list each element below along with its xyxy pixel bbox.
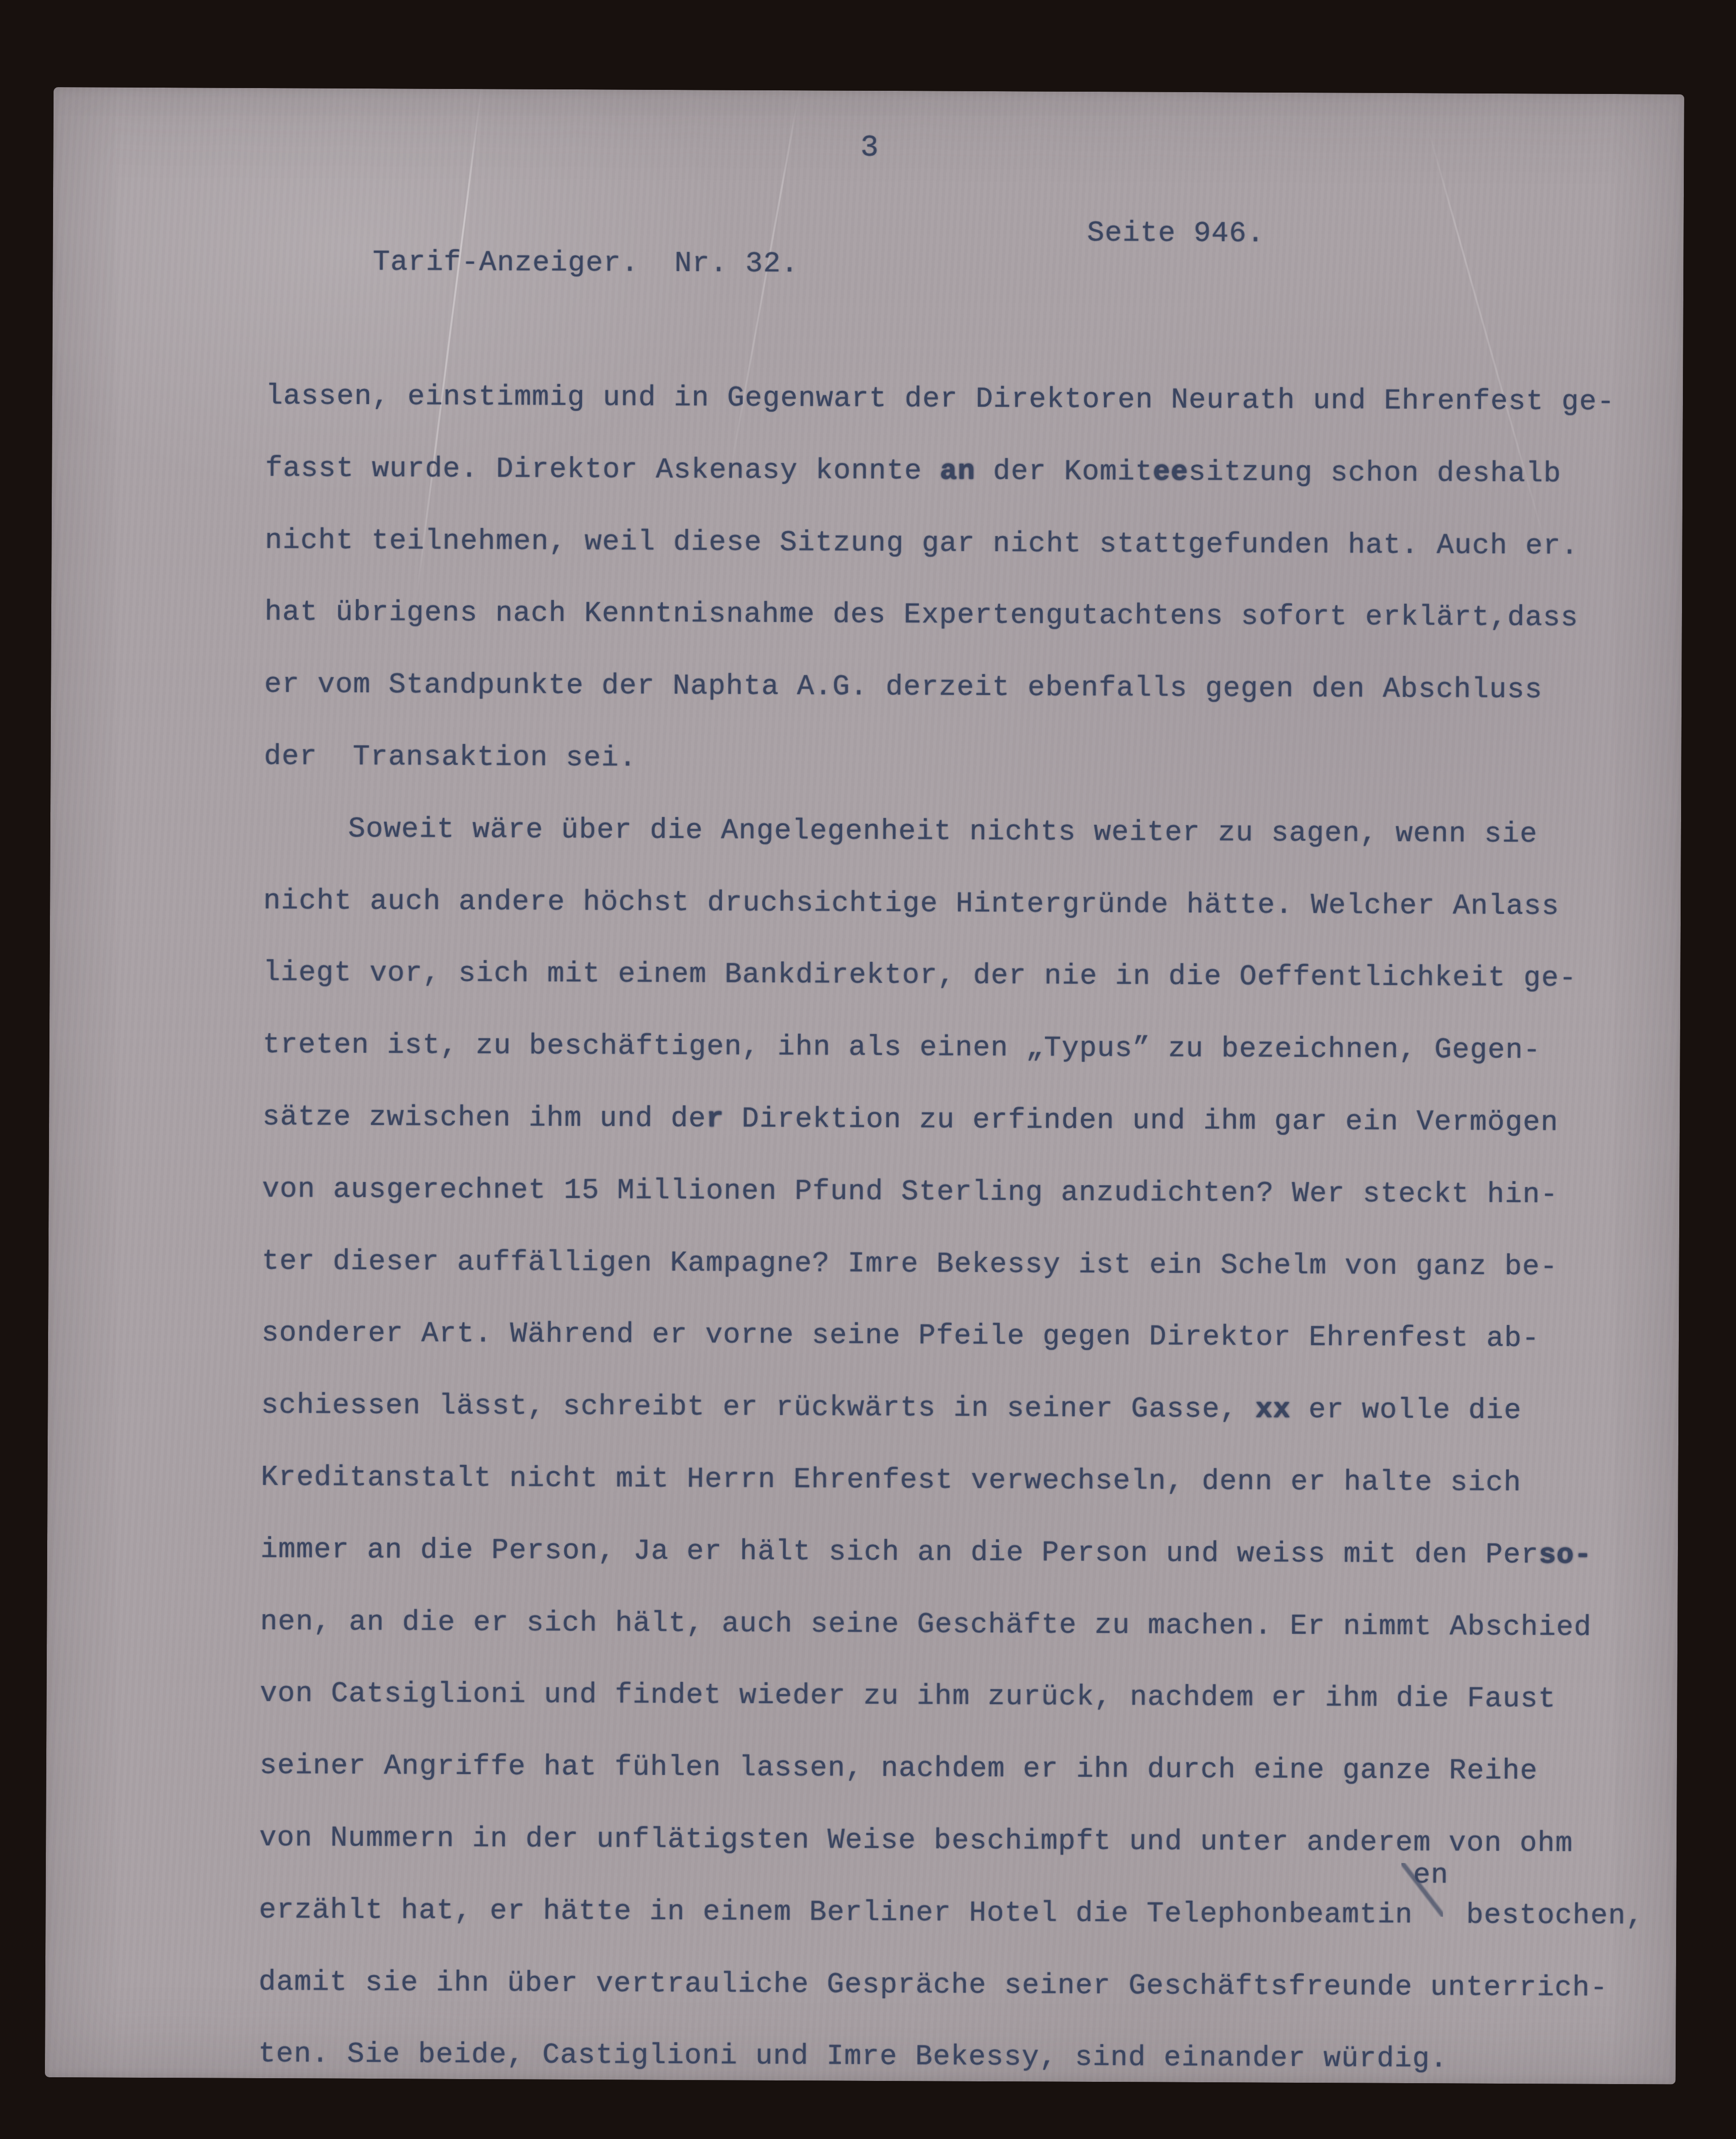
header-journal-issue: Tarif-Anzeiger. Nr. 32.	[373, 246, 799, 280]
text-line: immer an die Person, Ja er hält sich an …	[261, 1514, 1673, 1592]
text-line: nicht auch andere höchst druchsichtige H…	[263, 865, 1676, 943]
text-segment: hat übrigens nach Kenntnisnahme des Expe…	[265, 596, 1578, 634]
text-line: Soweit wäre über die Angelegenheit nicht…	[264, 793, 1676, 871]
text-line: treten ist, zu beschäftigen, ihn als ein…	[262, 1009, 1675, 1087]
text-line: von ausgerechnet 15 Millionen Pfund Ster…	[262, 1153, 1674, 1232]
scan-background: 3 Tarif-Anzeiger. Nr. 32. Seite 946. las…	[0, 0, 1736, 2139]
text-segment: sitzung schon deshalb	[1189, 456, 1562, 490]
text-line: von Catsiglioni und findet wieder zu ihm…	[260, 1658, 1672, 1736]
text-segment: Direktion zu erfinden und ihm gar ein Ve…	[724, 1103, 1558, 1138]
text-line: der Transaktion sei.	[264, 721, 1676, 799]
text-line: seiner Angriffe hat fühlen lassen, nachd…	[260, 1730, 1672, 1808]
text-segment: immer an die Person, Ja er hält sich an …	[261, 1533, 1539, 1571]
text-line: fasst wurde. Direktor Askenasy konnte an…	[265, 433, 1677, 511]
text-line: lassen, einstimmig und in Gegenwart der …	[266, 360, 1678, 439]
text-segment: der Komit	[975, 455, 1153, 488]
overstruck-text: xx	[1255, 1394, 1291, 1426]
text-segment: nicht auch andere höchst druchsichtige H…	[263, 885, 1559, 922]
text-segment: von Catsiglioni und findet wieder zu ihm…	[260, 1677, 1556, 1715]
text-segment: er vom Standpunkte der Naphta A.G. derze…	[264, 668, 1543, 706]
text-segment: schiessen lässt, schreibt er rückwärts i…	[261, 1389, 1255, 1426]
text-segment: nen, an die er sich hält, auch seine Ges…	[260, 1606, 1592, 1644]
text-line: erzählt hat, er hätte in einem Berliner …	[259, 1874, 1671, 1952]
text-line: er vom Standpunkte der Naphta A.G. derze…	[264, 649, 1677, 727]
typed-correction: en	[1413, 1839, 1449, 1912]
text-line: liegt vor, sich mit einem Bankdirektor, …	[263, 937, 1675, 1015]
journal-header: Tarif-Anzeiger. Nr. 32. Seite 946.	[266, 213, 1647, 260]
text-segment: Soweit wäre über die Angelegenheit nicht…	[348, 813, 1538, 850]
text-line: nen, an die er sich hält, auch seine Ges…	[260, 1586, 1672, 1664]
text-line: damit sie ihn über vertrauliche Gespräch…	[258, 1947, 1671, 2025]
text-segment: liegt vor, sich mit einem Bankdirektor, …	[263, 956, 1577, 995]
page-number: 3	[860, 131, 879, 165]
text-segment: lassen, einstimmig und in Gegenwart der …	[266, 380, 1615, 418]
text-segment: erzählt hat, er hätte in einem Berliner …	[259, 1894, 1413, 1931]
text-line: von Nummern in der unflätigsten Weise be…	[259, 1802, 1672, 1880]
text-segment: er wolle die	[1291, 1394, 1522, 1427]
text-segment: Kreditanstalt nicht mit Herrn Ehrenfest …	[261, 1461, 1521, 1499]
text-segment: treten ist, zu beschäftigen, ihn als ein…	[263, 1029, 1541, 1066]
text-segment: sonderer Art. Während er vorne seine Pfe…	[261, 1317, 1540, 1355]
text-segment: der Transaktion sei.	[264, 740, 637, 774]
text-segment: damit sie ihn über vertrauliche Gespräch…	[259, 1966, 1608, 2004]
text-segment: nicht teilnehmen, weil diese Sitzung gar…	[265, 524, 1578, 562]
text-line: schiessen lässt, schreibt er rückwärts i…	[261, 1370, 1673, 1448]
text-segment: ter dieser auffälligen Kampagne? Imre Be…	[262, 1245, 1558, 1283]
text-segment: ten. Sie beide, Castiglioni und Imre Bek…	[258, 2038, 1448, 2075]
text-line: hat übrigens nach Kenntnisnahme des Expe…	[265, 577, 1677, 655]
text-line: ter dieser auffälligen Kampagne? Imre Be…	[261, 1226, 1674, 1304]
overstruck-text: ee	[1153, 456, 1189, 488]
body-text: lassen, einstimmig und in Gegenwart der …	[258, 360, 1678, 2097]
overstruck-text: so-	[1539, 1539, 1592, 1572]
text-line: nicht teilnehmen, weil diese Sitzung gar…	[265, 505, 1677, 583]
overstruck-text: r	[706, 1103, 724, 1135]
text-segment: von ausgerechnet 15 Millionen Pfund Ster…	[262, 1173, 1558, 1211]
text-segment: seiner Angriffe hat fühlen lassen, nachd…	[260, 1750, 1538, 1787]
text-segment: bestochen,	[1448, 1899, 1643, 1932]
header-page-ref: Seite 946.	[1087, 217, 1264, 250]
overstruck-text: an	[940, 455, 976, 487]
text-line: sätze zwischen ihm und der Direktion zu …	[262, 1081, 1675, 1159]
document-page: 3 Tarif-Anzeiger. Nr. 32. Seite 946. las…	[45, 87, 1684, 2085]
text-line: Kreditanstalt nicht mit Herrn Ehrenfest …	[261, 1442, 1673, 1520]
text-segment: fasst wurde. Direktor Askenasy konnte	[265, 452, 940, 487]
text-line: ten. Sie beide, Castiglioni und Imre Bek…	[258, 2018, 1671, 2096]
text-segment: von Nummern in der unflätigsten Weise be…	[259, 1822, 1573, 1860]
text-segment: sätze zwischen ihm und de	[262, 1101, 706, 1135]
text-line: sonderer Art. Während er vorne seine Pfe…	[261, 1297, 1674, 1375]
